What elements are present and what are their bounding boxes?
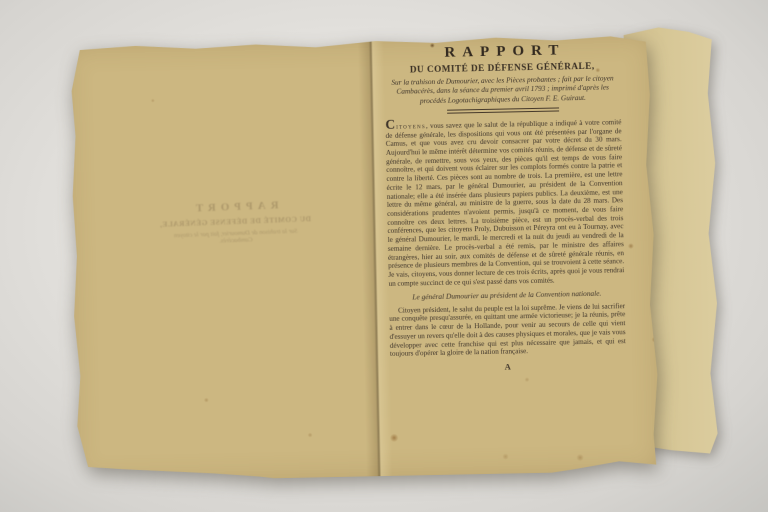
foxing-spot — [576, 454, 584, 461]
foxing-spot — [502, 454, 509, 460]
double-rule-divider — [447, 107, 559, 113]
photo-of-document: RAPPORT DU COMITÉ DE DÉFENSE GÉNÉRALE, S… — [0, 0, 768, 512]
bleed-through-title-block: RAPPORT DU COMITÉ DE DÉFENSE GÉNÉRALE, S… — [133, 197, 338, 248]
foxing-spot — [308, 432, 313, 437]
foxing-spot — [652, 337, 658, 343]
foxing-spot — [628, 243, 634, 249]
paragraph-two: Citoyen président, le salut du peuple es… — [389, 302, 626, 359]
letter-heading: Le général Dumourier au président de la … — [399, 289, 615, 303]
lead-word: itoyens — [396, 122, 426, 131]
foxing-spot — [430, 43, 435, 48]
foxing-spot — [204, 398, 209, 403]
drop-cap-letter: C — [385, 117, 396, 132]
report-body: Citoyens, vous savez que le salut de la … — [385, 116, 626, 374]
sheet-shadow: RAPPORT DU COMITÉ DE DÉFENSE GÉNÉRALE, S… — [0, 0, 768, 512]
printed-text-column: RAPPORT DU COMITÉ DE DÉFENSE GÉNÉRALE, S… — [384, 41, 627, 374]
foxing-spot — [595, 68, 600, 73]
paragraph-one-text: , vous savez que le salut de la républiq… — [386, 118, 625, 288]
printer-signature-mark: A — [390, 359, 626, 374]
paragraph-one: Citoyens, vous savez que le salut de la … — [385, 116, 624, 288]
pamphlet-sheet: RAPPORT DU COMITÉ DE DÉFENSE GÉNÉRALE, S… — [66, 35, 661, 483]
foxing-spot — [151, 99, 155, 103]
foxing-spot — [524, 377, 529, 382]
tilted-paper-group: RAPPORT DU COMITÉ DE DÉFENSE GÉNÉRALE, S… — [0, 0, 768, 512]
report-title: RAPPORT — [384, 41, 620, 63]
subtitle-text: Sur la trahison de Dumourier, avec les P… — [390, 73, 615, 105]
committee-line: DU COMITÉ DE DÉFENSE GÉNÉRALE, — [384, 60, 620, 75]
foxing-spot — [390, 434, 399, 442]
